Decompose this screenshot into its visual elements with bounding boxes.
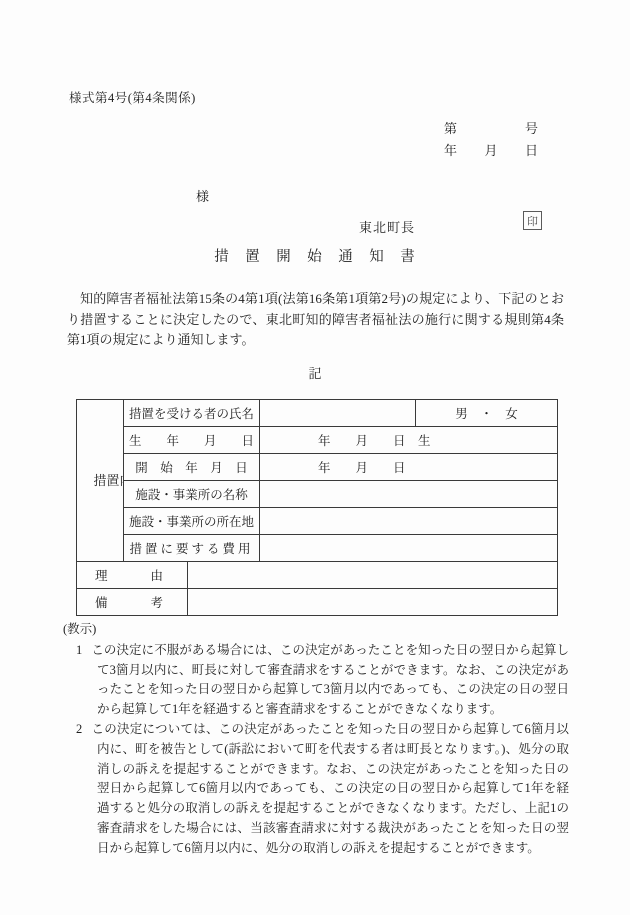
- name-label-cell: 措置を受ける者の氏名: [124, 400, 260, 427]
- gender-options-cell: 男 ・ 女: [416, 400, 558, 427]
- side-header-cell: 措置内容: [77, 400, 124, 562]
- date-year-label: 年: [444, 140, 457, 159]
- start-label-cell: 開 始 年 月 日: [124, 454, 260, 481]
- document-page: 様式第4号(第4条関係) 第 号 年 月 日 様 東北町長 印 措 置 開 始 …: [0, 0, 630, 915]
- birth-value-cell: 年 月 日 生: [260, 427, 558, 454]
- facility-addr-label-cell: 施設・事業所の所在地: [124, 508, 260, 535]
- addressee-suffix: 様: [196, 186, 209, 205]
- notes-item-1-text: この決定に不服がある場合には、この決定があったことを知った日の翌日から起算して3…: [91, 643, 569, 716]
- document-number-line: 第 号: [444, 118, 538, 137]
- reason-label-cell: 理 由: [77, 562, 188, 589]
- table-row: 措置に要する費用: [77, 535, 558, 562]
- facility-addr-value-cell: [260, 508, 558, 535]
- remarks-value-cell: [188, 589, 558, 616]
- facility-name-label-cell: 施設・事業所の名称: [124, 481, 260, 508]
- birth-label-cell: 生 年 月 日: [124, 427, 260, 454]
- start-value-cell: 年 月 日: [260, 454, 558, 481]
- table-row: 理 由: [77, 562, 558, 589]
- doc-number-suffix: 号: [525, 118, 538, 137]
- notes-item-2: 2この決定については、この決定があったことを知った日の翌日から起算して6箇月以内…: [63, 720, 569, 859]
- notes-item-1: 1この決定に不服がある場合には、この決定があったことを知った日の翌日から起算して…: [63, 641, 569, 720]
- reason-value-cell: [188, 562, 558, 589]
- notes-heading: (教示): [63, 620, 569, 640]
- body-paragraph: 知的障害者福祉法第15条の4第1項(法第16条第1項第2号)の規定により、下記の…: [67, 289, 564, 351]
- table-row: 措置内容 措置を受ける者の氏名 男 ・ 女: [77, 400, 558, 427]
- measure-details-table: 措置内容 措置を受ける者の氏名 男 ・ 女 生 年 月 日 年 月 日 生 開 …: [76, 399, 558, 616]
- remarks-label-cell: 備 考: [77, 589, 188, 616]
- table-row: 施設・事業所の所在地: [77, 508, 558, 535]
- issuer-name: 東北町長: [359, 217, 415, 236]
- table-row: 生 年 月 日 年 月 日 生: [77, 427, 558, 454]
- notes-item-1-number: 1: [76, 643, 91, 657]
- table-row: 開 始 年 月 日 年 月 日: [77, 454, 558, 481]
- notes-item-2-text: この決定については、この決定があったことを知った日の翌日から起算して6箇月以内に…: [91, 722, 569, 855]
- cost-value-cell: [260, 535, 558, 562]
- date-day-label: 日: [525, 140, 538, 159]
- legal-notes-section: (教示) 1この決定に不服がある場合には、この決定があったことを知った日の翌日か…: [63, 620, 569, 859]
- notes-item-2-number: 2: [76, 722, 91, 736]
- table-row: 備 考: [77, 589, 558, 616]
- seal-stamp: 印: [523, 211, 542, 230]
- doc-number-prefix: 第: [444, 118, 457, 137]
- side-header-label: 措置内容: [94, 468, 107, 494]
- ki-marker: 記: [0, 363, 630, 382]
- document-title: 措 置 開 始 通 知 書: [0, 245, 630, 266]
- name-value-cell: [260, 400, 416, 427]
- table-row: 施設・事業所の名称: [77, 481, 558, 508]
- cost-label-cell: 措置に要する費用: [124, 535, 260, 562]
- facility-name-value-cell: [260, 481, 558, 508]
- date-month-label: 月: [484, 140, 497, 159]
- form-number: 様式第4号(第4条関係): [69, 88, 196, 106]
- document-date-line: 年 月 日: [444, 140, 538, 159]
